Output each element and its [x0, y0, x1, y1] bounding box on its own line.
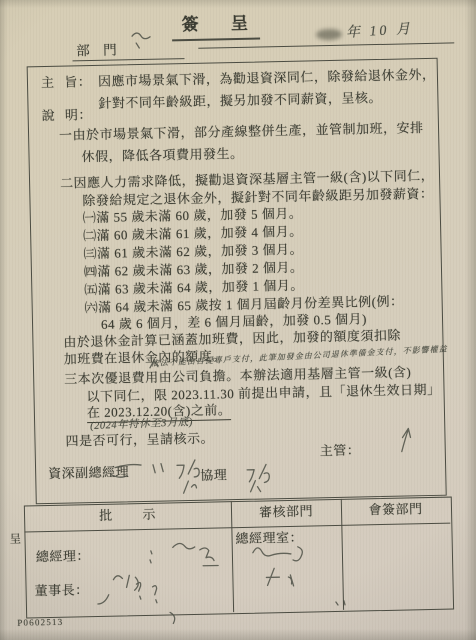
general-manager-label: 總經理：	[36, 548, 90, 565]
supervisor-label: 主管：	[320, 442, 361, 459]
submit-mark: 呈	[9, 533, 21, 548]
memo-content: 簽 呈 部 門 年 10 月 主 旨： 因應市場景氣下滑，為勸退資深同仁，除發給…	[0, 0, 476, 640]
senior-vp-label: 資深副總經理	[48, 464, 129, 482]
handwriting-smudge	[316, 29, 342, 41]
table-header-countersign-dept: 會簽部門	[341, 501, 450, 520]
gm-office-label: 總經理室：	[235, 530, 303, 548]
title-underline	[172, 37, 260, 40]
explanation-label: 說 明：	[42, 107, 93, 124]
chairman-label: 董事長：	[34, 582, 88, 599]
scanned-memo-photo: 簽 呈 部 門 年 10 月 主 旨： 因應市場景氣下滑，為勸退資深同仁，除發給…	[0, 0, 476, 640]
handwritten-date: 年 10 月	[346, 21, 414, 42]
explanation-item1-line2: 休假，降低各項費用發生。	[81, 146, 243, 166]
explanation-item4: 四是否可行，呈請核示。	[65, 431, 214, 450]
dept-scribble	[132, 33, 150, 48]
form-number: P0602513	[17, 617, 63, 629]
subject-label: 主 旨：	[41, 74, 92, 91]
date-blank-line	[198, 42, 454, 49]
document-title: 簽 呈	[162, 12, 270, 36]
table-header-review-dept: 審核部門	[231, 503, 341, 522]
associate-manager-label: 協理	[200, 467, 227, 484]
department-label: 部 門	[76, 42, 117, 60]
